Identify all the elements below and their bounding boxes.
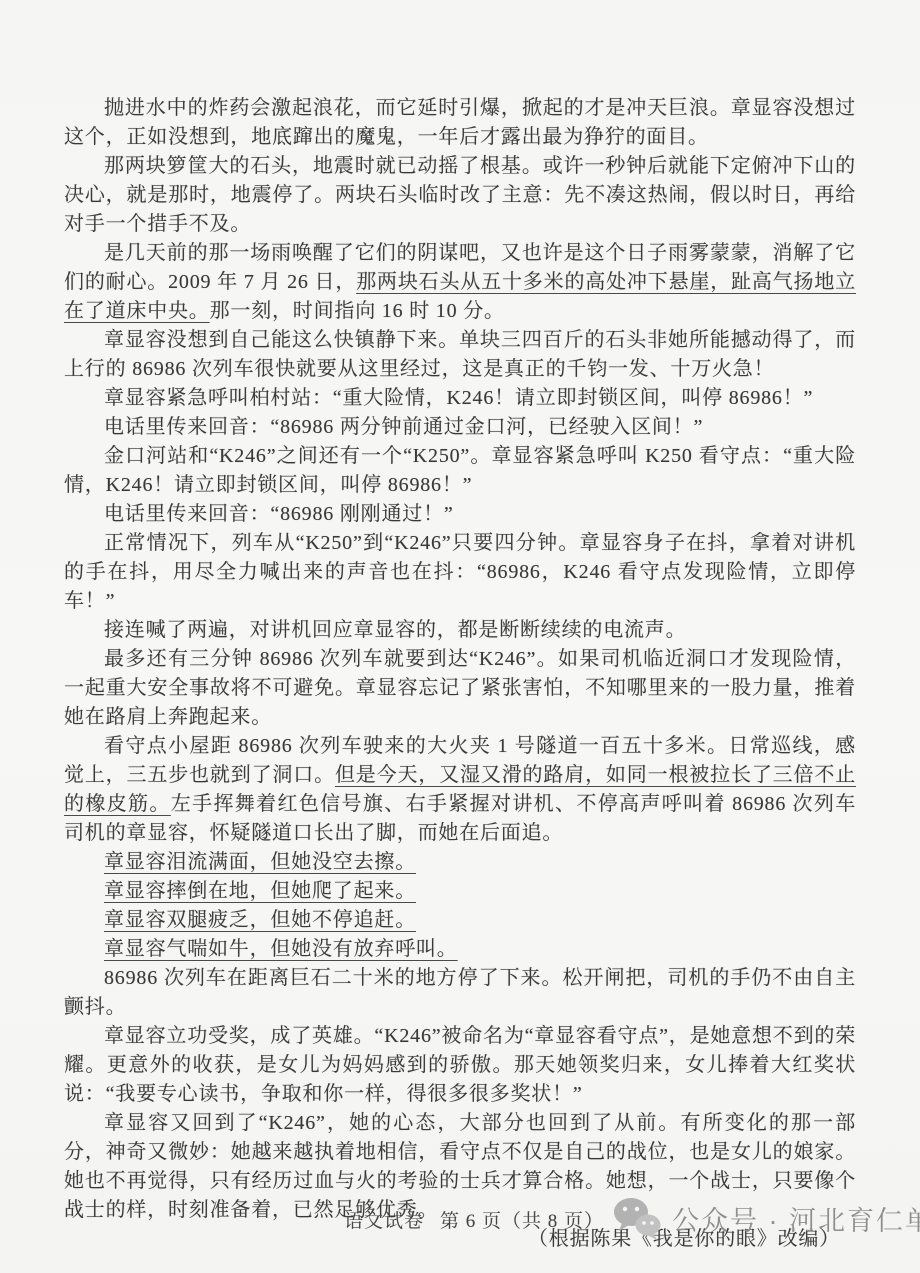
paragraph: 电话里传来回音：“86986 两分钟前通过金口河，已经驶入区间！” xyxy=(64,413,856,442)
body-text: 章显容没想到自己能这么快镇静下来。单块三四百斤的石头非她所能撼动得了，而上行的 … xyxy=(64,329,856,380)
paragraph: 看守点小屋距 86986 次列车驶来的大火夹 1 号隧道一百五十多米。日常巡线，… xyxy=(64,732,856,848)
paragraph: 章显容摔倒在地，但她爬了起来。 xyxy=(64,877,856,906)
wechat-watermark: 公众号 · 河北育仁单招； xyxy=(612,1196,920,1240)
body-text: 左手挥舞着红色信号旗、右手紧握对讲机、不停高声呼叫着 86986 次列车司机的章… xyxy=(64,793,856,844)
page-info-label: 第 6 页（共 8 页） xyxy=(440,1211,604,1232)
paragraph: 正常情况下，列车从“K250”到“K246”只要四分钟。章显容身子在抖，拿着对讲… xyxy=(64,529,856,616)
body-text: 电话里传来回音：“86986 刚刚通过！” xyxy=(104,503,454,525)
paragraph: 86986 次列车在距离巨石二十米的地方停了下来。松开闸把，司机的手仍不由自主颤… xyxy=(64,964,856,1022)
body-text: 那一刻，时间指向 16 时 10 分。 xyxy=(210,300,505,322)
body-text: 章显容紧急呼叫柏村站：“重大险情，K246！请立即封锁区间，叫停 86986！” xyxy=(104,387,813,409)
underlined-text: 章显容气喘如牛，但她没有放弃呼叫。 xyxy=(104,938,458,960)
paragraph: 章显容紧急呼叫柏村站：“重大险情，K246！请立即封锁区间，叫停 86986！” xyxy=(64,384,856,413)
body-text: 正常情况下，列车从“K250”到“K246”只要四分钟。章显容身子在抖，拿着对讲… xyxy=(64,532,856,612)
body-text: 86986 次列车在距离巨石二十米的地方停了下来。松开闸把，司机的手仍不由自主颤… xyxy=(64,967,856,1018)
body-text: 最多还有三分钟 86986 次列车就要到达“K246”。如果司机临近洞口才发现险… xyxy=(64,648,856,728)
exam-subject-label: 语文试卷 xyxy=(344,1211,424,1232)
underlined-text: 章显容双腿疲乏，但她不停追赶。 xyxy=(104,909,416,931)
paragraph: 抛进水中的炸药会激起浪花，而它延时引爆，掀起的才是冲天巨浪。章显容没想过这个，正… xyxy=(64,94,856,152)
body-text: 章显容立功受奖，成了英雄。“K246”被命名为“章显容看守点”，是她意想不到的荣… xyxy=(64,1025,856,1105)
paragraph: 金口河站和“K246”之间还有一个“K250”。章显容紧急呼叫 K250 看守点… xyxy=(64,442,856,500)
paragraph: 章显容气喘如牛，但她没有放弃呼叫。 xyxy=(64,935,856,964)
paragraph: 章显容立功受奖，成了英雄。“K246”被命名为“章显容看守点”，是她意想不到的荣… xyxy=(64,1022,856,1109)
paragraph-list: 抛进水中的炸药会激起浪花，而它延时引爆，掀起的才是冲天巨浪。章显容没想过这个，正… xyxy=(64,94,856,1225)
paragraph: 是几天前的那一场雨唤醒了它们的阴谋吧，又也许是这个日子雨雾蒙蒙，消解了它们的耐心… xyxy=(64,239,856,326)
underlined-text: 章显容泪流满面，但她没空去擦。 xyxy=(104,851,416,873)
underlined-text: 章显容摔倒在地，但她爬了起来。 xyxy=(104,880,416,902)
passage-body: 抛进水中的炸药会激起浪花，而它延时引爆，掀起的才是冲天巨浪。章显容没想过这个，正… xyxy=(64,0,856,1254)
wechat-label: 公众号 · 河北育仁单招； xyxy=(672,1199,920,1238)
body-text: 抛进水中的炸药会激起浪花，而它延时引爆，掀起的才是冲天巨浪。章显容没想过这个，正… xyxy=(64,97,856,148)
paragraph: 章显容双腿疲乏，但她不停追赶。 xyxy=(64,906,856,935)
body-text: 金口河站和“K246”之间还有一个“K250”。章显容紧急呼叫 K250 看守点… xyxy=(64,445,856,496)
paragraph: 电话里传来回音：“86986 刚刚通过！” xyxy=(64,500,856,529)
body-text: 那两块箩筐大的石头，地震时就已动摇了根基。或许一秒钟后就能下定俯冲下山的决心，就… xyxy=(64,155,856,235)
paragraph: 那两块箩筐大的石头，地震时就已动摇了根基。或许一秒钟后就能下定俯冲下山的决心，就… xyxy=(64,152,856,239)
body-text: 接连喊了两遍，对讲机回应章显容的，都是断断续续的电流声。 xyxy=(104,619,686,641)
page-number: 语文试卷第 6 页（共 8 页） xyxy=(344,1206,604,1233)
paragraph: 章显容没想到自己能这么快镇静下来。单块三四百斤的石头非她所能撼动得了，而上行的 … xyxy=(64,326,856,384)
paragraph: 最多还有三分钟 86986 次列车就要到达“K246”。如果司机临近洞口才发现险… xyxy=(64,645,856,732)
page-footer: 语文试卷第 6 页（共 8 页） 公众号 · 河北育仁单招； xyxy=(0,1196,920,1260)
paragraph: 接连喊了两遍，对讲机回应章显容的，都是断断续续的电流声。 xyxy=(64,616,856,645)
paragraph: 章显容泪流满面，但她没空去擦。 xyxy=(64,848,856,877)
wechat-icon xyxy=(612,1196,662,1240)
body-text: 电话里传来回音：“86986 两分钟前通过金口河，已经驶入区间！” xyxy=(104,416,703,438)
